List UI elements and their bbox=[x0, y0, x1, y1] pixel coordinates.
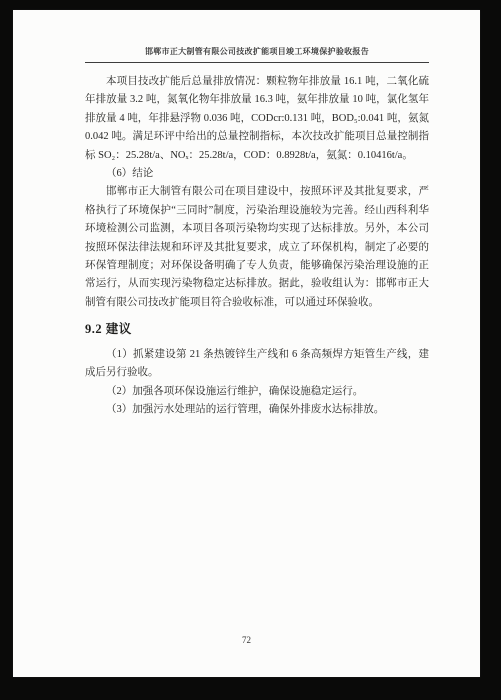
conclusion-label: （6）结论 bbox=[85, 165, 429, 183]
section-heading-suggestions: 9.2 建议 bbox=[85, 320, 429, 338]
paragraph-emission-totals: 本项目技改扩能后总量排放情况：颗粒物年排放量 16.1 吨，二氧化硫年排放量 3… bbox=[85, 73, 429, 165]
screenshot-root: { "header": { "title": "邯郸市正大制管有限公司技改扩能项… bbox=[0, 0, 501, 700]
suggestion-item-1: （1）抓紧建设第 21 条热镀锌生产线和 6 条高频焊方矩管生产线，建成后另行验… bbox=[85, 346, 429, 383]
running-header: 邯郸市正大制管有限公司技改扩能项目竣工环境保护验收报告 bbox=[85, 46, 429, 63]
page-number: 72 bbox=[13, 635, 480, 645]
running-header-title: 邯郸市正大制管有限公司技改扩能项目竣工环境保护验收报告 bbox=[85, 46, 429, 57]
paragraph-conclusion: 邯郸市正大制管有限公司在项目建设中，按照环评及其批复要求，严格执行了环境保护“三… bbox=[85, 183, 429, 312]
page-content: 邯郸市正大制管有限公司技改扩能项目竣工环境保护验收报告 本项目技改扩能后总量排放… bbox=[85, 10, 429, 419]
suggestion-item-2: （2）加强各项环保设施运行维护，确保设施稳定运行。 bbox=[85, 383, 429, 401]
suggestion-item-3: （3）加强污水处理站的运行管理，确保外排废水达标排放。 bbox=[85, 401, 429, 419]
body-text: 本项目技改扩能后总量排放情况：颗粒物年排放量 16.1 吨，二氧化硫年排放量 3… bbox=[85, 73, 429, 419]
document-page: 邯郸市正大制管有限公司技改扩能项目竣工环境保护验收报告 本项目技改扩能后总量排放… bbox=[13, 10, 480, 677]
